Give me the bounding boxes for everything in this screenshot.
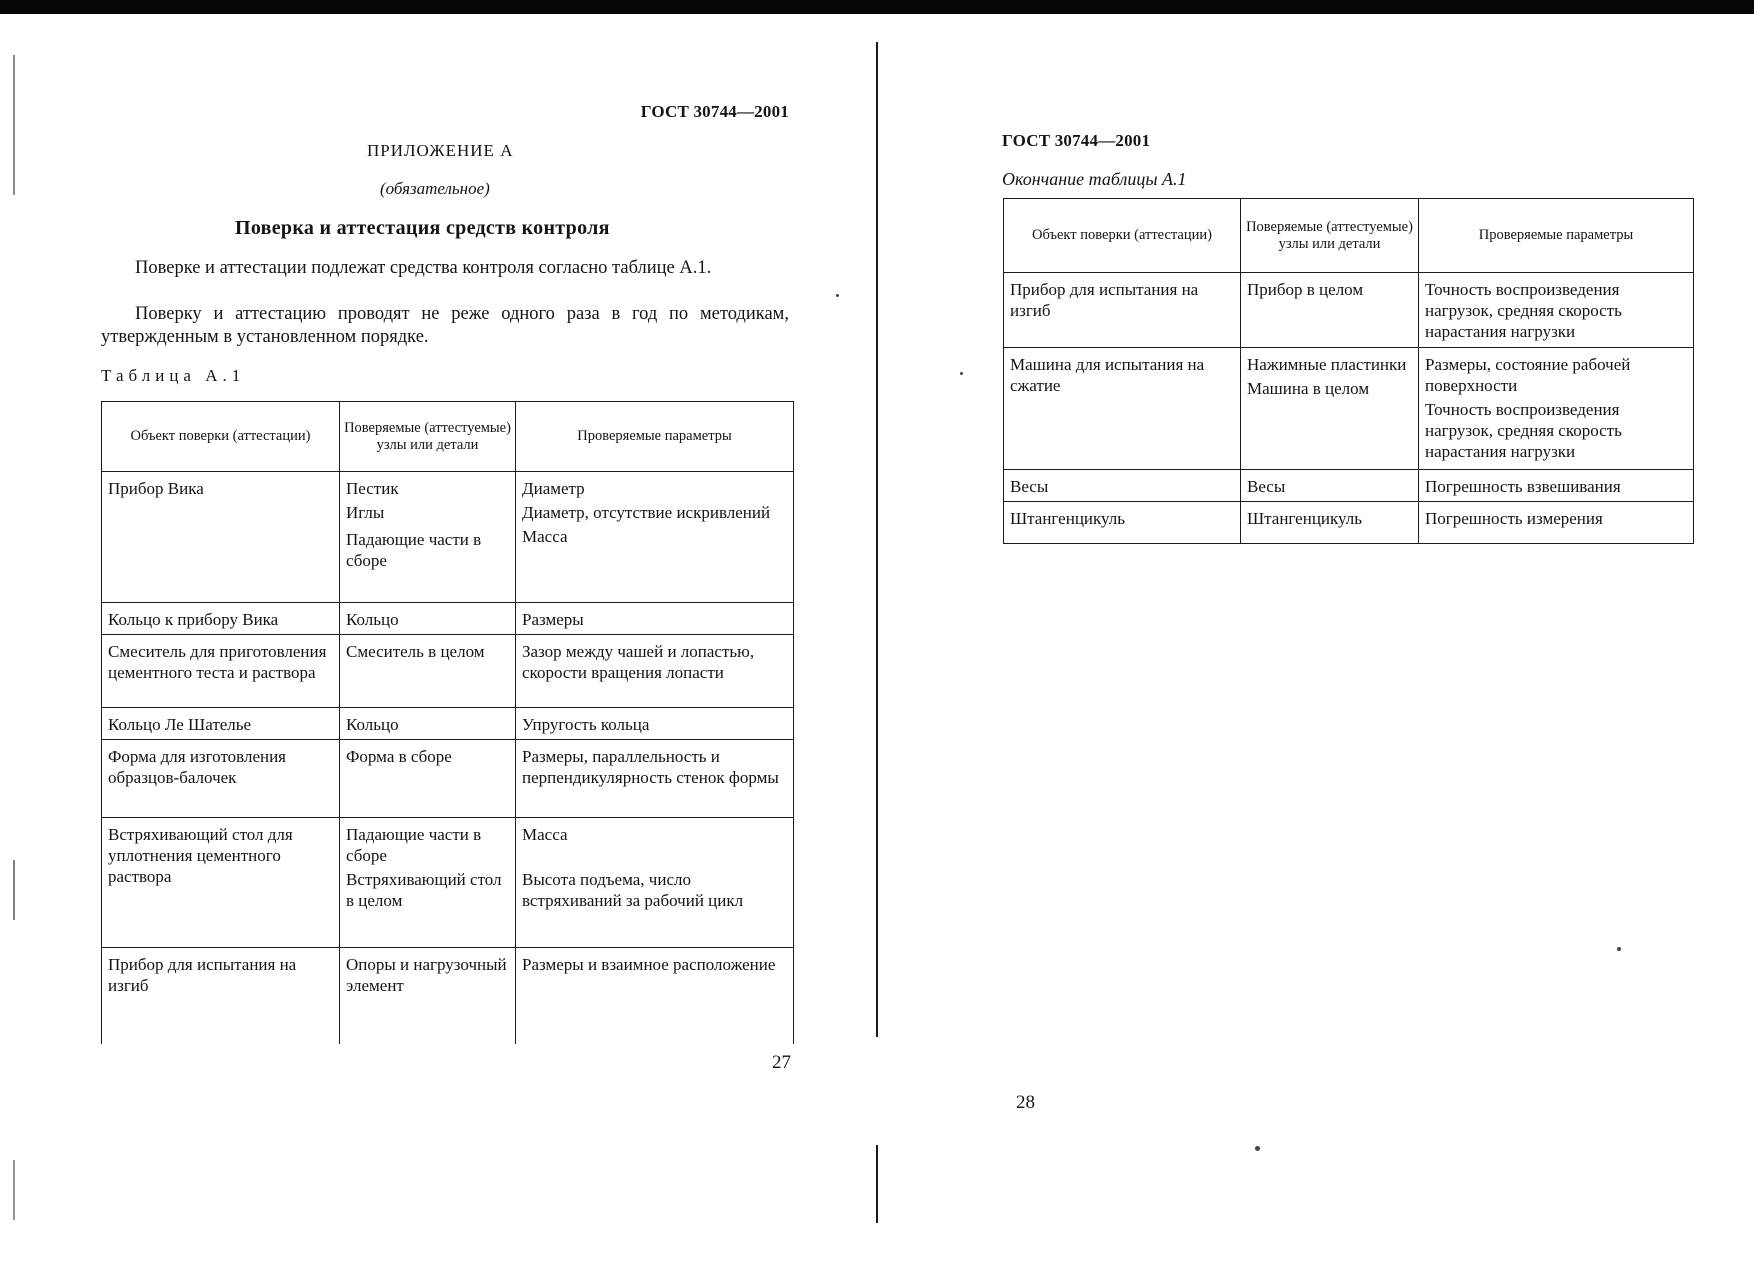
- table-row: Прибор для испытания на изгиб Прибор в ц…: [1004, 273, 1694, 348]
- param-item: Диаметр, отсутствие искривлений: [522, 502, 787, 523]
- table-a1-part-2: Объект поверки (аттестации) Поверяемые (…: [1003, 198, 1694, 544]
- appendix-title: Поверка и аттестация средств контроля: [235, 217, 610, 240]
- part-item: Падающие части в сборе: [346, 824, 509, 866]
- column-header-object: Объект поверки (аттестации): [1004, 199, 1241, 273]
- object-cell: Штангенцикуль: [1004, 502, 1241, 544]
- left-page-header: ГОСТ 30744—2001: [641, 102, 789, 122]
- left-page-edge-bottom: [13, 1160, 15, 1220]
- object-cell: Кольцо Ле Шателье: [102, 708, 340, 740]
- column-header-object: Объект поверки (аттестации): [102, 402, 340, 472]
- table-row: Смеситель для приготовления цементного т…: [102, 635, 794, 708]
- parts-cell: Прибор в целом: [1241, 273, 1419, 348]
- right-page-header: ГОСТ 30744—2001: [1002, 131, 1150, 151]
- column-header-params: Проверяемые параметры: [516, 402, 794, 472]
- column-header-parts: Поверяемые (аттестуемые) узлы или детали: [340, 402, 516, 472]
- page-number-left: 27: [772, 1052, 791, 1074]
- paragraph-text: Поверке и аттестации подлежат средства к…: [135, 258, 711, 278]
- page-spine-divider: [876, 42, 878, 1037]
- paragraph-text: Поверку и аттестацию проводят не реже од…: [101, 304, 789, 347]
- page-number-right: 28: [1016, 1092, 1035, 1114]
- object-cell: Смеситель для приготовления цементного т…: [102, 635, 340, 708]
- part-item: Нажимные пластинки: [1247, 354, 1412, 375]
- parts-cell: Кольцо: [340, 708, 516, 740]
- parts-cell: Смеситель в целом: [340, 635, 516, 708]
- table-header-row: Объект поверки (аттестации) Поверяемые (…: [1004, 199, 1694, 273]
- table-row: Весы Весы Погрешность взвешивания: [1004, 470, 1694, 502]
- param-item: Высота подъема, число встряхиваний за ра…: [522, 869, 787, 911]
- param-item: Размеры, состояние рабочей поверхности: [1425, 354, 1687, 396]
- params-cell: Размеры и взаимное расположение: [516, 948, 794, 1044]
- column-header-parts: Поверяемые (аттестуемые) узлы или детали: [1241, 199, 1419, 273]
- object-cell: Прибор Вика: [102, 472, 340, 603]
- scan-speck: [1617, 947, 1621, 951]
- object-cell: Кольцо к прибору Вика: [102, 603, 340, 635]
- parts-cell: Опоры и нагрузочный элемент: [340, 948, 516, 1044]
- parts-cell: Весы: [1241, 470, 1419, 502]
- table-row: Машина для испытания на сжатие Нажимные …: [1004, 348, 1694, 470]
- param-item: Масса: [522, 526, 787, 547]
- scan-speck: [960, 372, 963, 375]
- parts-cell: Падающие части в сборе Встряхивающий сто…: [340, 818, 516, 948]
- params-cell: Погрешность взвешивания: [1419, 470, 1694, 502]
- params-cell: Размеры: [516, 603, 794, 635]
- page-spine-divider-lower: [876, 1145, 878, 1223]
- params-cell: Точность воспроизведения нагрузок, средн…: [1419, 273, 1694, 348]
- table-row: Штангенцикуль Штангенцикуль Погрешность …: [1004, 502, 1694, 544]
- left-page-edge-lower: [13, 860, 15, 920]
- params-cell: Упругость кольца: [516, 708, 794, 740]
- params-cell: Диаметр Диаметр, отсутствие искривлений …: [516, 472, 794, 603]
- part-item: Иглы: [346, 502, 509, 523]
- table-label: Таблица А.1: [101, 366, 245, 386]
- params-cell: Масса Высота подъема, число встряхиваний…: [516, 818, 794, 948]
- table-row: Кольцо к прибору Вика Кольцо Размеры: [102, 603, 794, 635]
- parts-cell: Кольцо: [340, 603, 516, 635]
- parts-cell: Пестик Иглы Падающие части в сборе: [340, 472, 516, 603]
- params-cell: Погрешность измерения: [1419, 502, 1694, 544]
- parts-cell: Штангенцикуль: [1241, 502, 1419, 544]
- intro-paragraph-1: Поверке и аттестации подлежат средства к…: [101, 257, 789, 280]
- params-cell: Зазор между чашей и лопастью, скорости в…: [516, 635, 794, 708]
- object-cell: Машина для испытания на сжатие: [1004, 348, 1241, 470]
- object-cell: Весы: [1004, 470, 1241, 502]
- part-item: Пестик: [346, 478, 509, 499]
- column-header-params: Проверяемые параметры: [1419, 199, 1694, 273]
- appendix-heading: ПРИЛОЖЕНИЕ А: [367, 141, 513, 161]
- scan-top-band: [0, 0, 1754, 14]
- table-a1-part-1: Объект поверки (аттестации) Поверяемые (…: [101, 401, 794, 1044]
- table-row: Встряхивающий стол для уплотнения цемент…: [102, 818, 794, 948]
- scan-speck: [1255, 1146, 1260, 1151]
- parts-cell: Нажимные пластинки Машина в целом: [1241, 348, 1419, 470]
- object-cell: Форма для изготовления образцов-балочек: [102, 740, 340, 818]
- table-row: Прибор для испытания на изгиб Опоры и на…: [102, 948, 794, 1044]
- table-row: Кольцо Ле Шателье Кольцо Упругость кольц…: [102, 708, 794, 740]
- parts-cell: Форма в сборе: [340, 740, 516, 818]
- param-item: Точность воспроизведения нагрузок, средн…: [1425, 399, 1687, 462]
- scan-speck: [836, 294, 839, 297]
- params-cell: Размеры, параллельность и перпендикулярн…: [516, 740, 794, 818]
- params-cell: Размеры, состояние рабочей поверхности Т…: [1419, 348, 1694, 470]
- appendix-status: (обязательное): [380, 179, 490, 199]
- part-item: Встряхивающий стол в целом: [346, 869, 509, 911]
- table-row: Форма для изготовления образцов-балочек …: [102, 740, 794, 818]
- table-continuation-label: Окончание таблицы А.1: [1002, 169, 1187, 190]
- object-cell: Встряхивающий стол для уплотнения цемент…: [102, 818, 340, 948]
- part-item: Машина в целом: [1247, 378, 1412, 399]
- param-item: Масса: [522, 824, 787, 845]
- object-cell: Прибор для испытания на изгиб: [1004, 273, 1241, 348]
- intro-paragraph-2: Поверку и аттестацию проводят не реже од…: [101, 303, 789, 349]
- part-item: Падающие части в сборе: [346, 529, 509, 571]
- param-item: Диаметр: [522, 478, 787, 499]
- table-header-row: Объект поверки (аттестации) Поверяемые (…: [102, 402, 794, 472]
- object-cell: Прибор для испытания на изгиб: [102, 948, 340, 1044]
- table-row: Прибор Вика Пестик Иглы Падающие части в…: [102, 472, 794, 603]
- left-page-edge: [13, 55, 15, 195]
